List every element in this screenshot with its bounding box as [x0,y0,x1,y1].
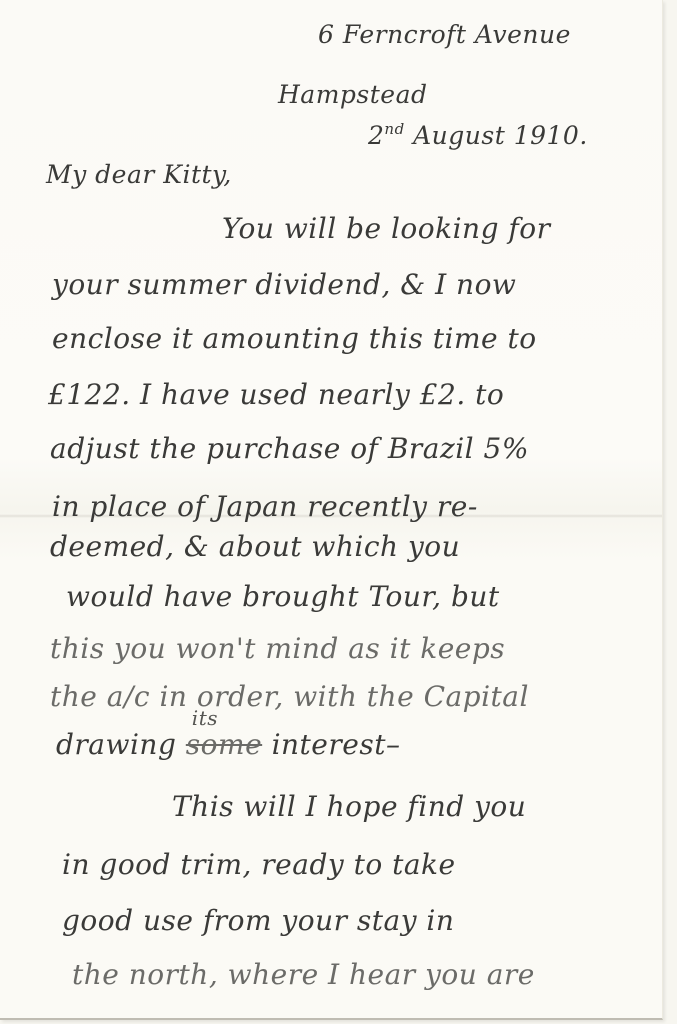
body-line: You will be looking for [222,212,551,245]
body-line: the north, where I hear you are [72,958,535,991]
body-line: the a/c in order, with the Capital [50,680,529,713]
letter-date: 2nd August 1910. [368,120,588,150]
date-day: 2 [368,121,384,150]
struck-word: some [186,728,262,761]
word: interest– [272,728,401,761]
body-line: drawing some its interest– [56,728,400,761]
body-line: would have brought Tour, but [66,580,500,613]
address-line-2: Hampstead [278,80,428,109]
body-line: adjust the purchase of Brazil 5% [50,432,529,465]
body-line: This will I hope find you [172,790,526,823]
body-line: in good trim, ready to take [62,848,456,881]
body-line: £122. I have used nearly £2. to [48,378,504,411]
salutation: My dear Kitty, [46,160,232,189]
body-line: your summer dividend, & I now [52,268,516,301]
correction: some its [186,728,272,761]
inserted-word: its [192,706,218,730]
letter-page: 6 Ferncroft Avenue Hampstead 2nd August … [0,0,663,1020]
body-line: in place of Japan recently re- [52,490,478,523]
body-line: deemed, & about which you [50,530,460,563]
body-line: this you won't mind as it keeps [50,632,505,665]
address-line-1: 6 Ferncroft Avenue [318,20,571,49]
body-line: enclose it amounting this time to [52,322,537,355]
date-month-year: August 1910. [413,121,588,150]
date-suffix: nd [384,120,404,138]
word: drawing [56,728,176,761]
body-line: good use from your stay in [62,904,454,937]
